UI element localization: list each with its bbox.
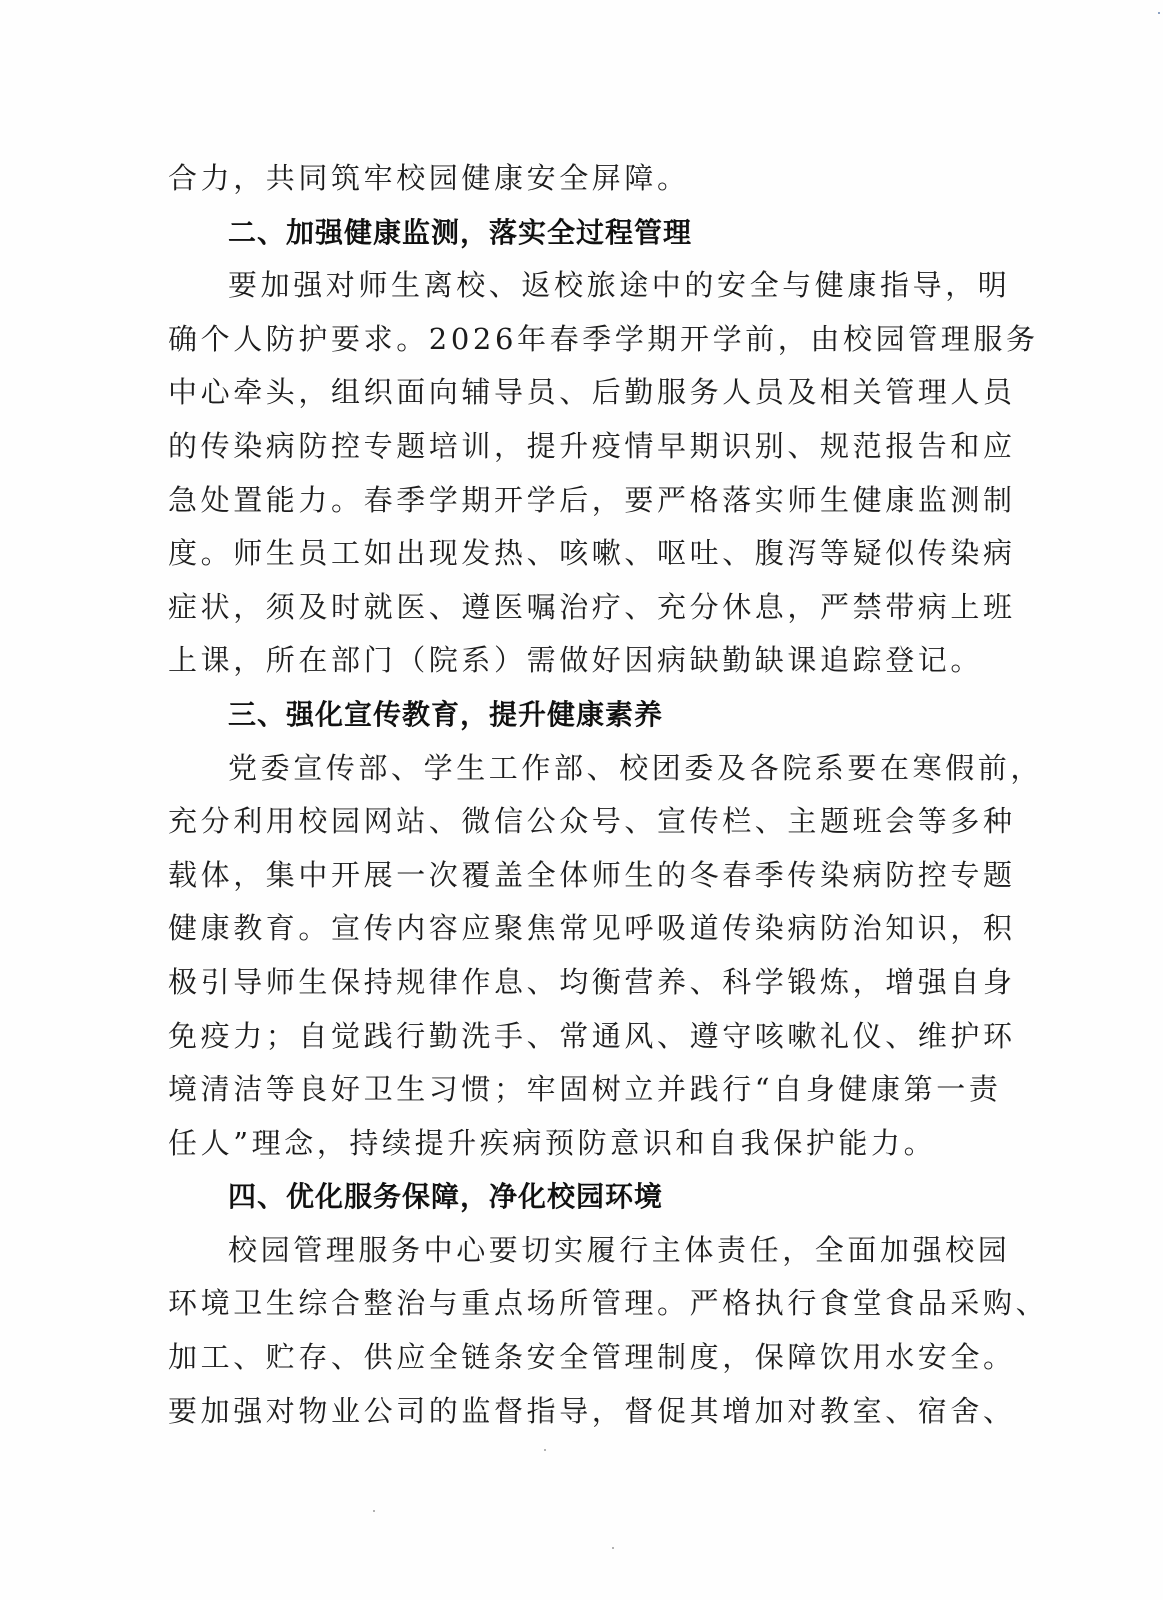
paragraph-line: 要加强对物业公司的监督指导，督促其增加对教室、宿舍、 xyxy=(168,1385,948,1439)
paragraph-health-monitoring: 要加强对师生离校、返校旅途中的安全与健康指导，明 确个人防护要求。2026年春季… xyxy=(168,259,948,688)
paragraph-line: 上课，所在部门（院系）需做好因病缺勤缺课追踪登记。 xyxy=(168,634,948,688)
paragraph-line: 要加强对师生离校、返校旅途中的安全与健康指导，明 xyxy=(168,259,948,313)
paragraph-line: 度。师生员工如出现发热、咳嗽、呕吐、腹泻等疑似传染病 xyxy=(168,527,948,581)
paragraph-line: 免疫力；自觉践行勤洗手、常通风、遵守咳嗽礼仪、维护环 xyxy=(168,1010,948,1064)
document-page: 合力，共同筑牢校园健康安全屏障。 二、加强健康监测，落实全过程管理 要加强对师生… xyxy=(0,0,1163,1600)
scan-speckle xyxy=(1158,12,1160,14)
paragraph-line: 确个人防护要求。2026年春季学期开学前，由校园管理服务 xyxy=(168,313,948,367)
section-heading-3: 三、强化宣传教育，提升健康素养 xyxy=(168,688,948,742)
paragraph-line: 环境卫生综合整治与重点场所管理。严格执行食堂食品采购、 xyxy=(168,1277,948,1331)
paragraph-line: 境清洁等良好卫生习惯；牢固树立并践行“自身健康第一责 xyxy=(168,1063,948,1117)
paragraph-line: 急处置能力。春季学期开学后，要严格落实师生健康监测制 xyxy=(168,474,948,528)
continuation-line: 合力，共同筑牢校园健康安全屏障。 xyxy=(168,152,948,206)
paragraph-line: 极引导师生保持规律作息、均衡营养、科学锻炼，增强自身 xyxy=(168,956,948,1010)
scan-speckle xyxy=(544,1449,546,1451)
scan-speckle xyxy=(612,1547,614,1549)
document-body: 合力，共同筑牢校园健康安全屏障。 二、加强健康监测，落实全过程管理 要加强对师生… xyxy=(168,152,948,1438)
paragraph-line: 中心牵头，组织面向辅导员、后勤服务人员及相关管理人员 xyxy=(168,366,948,420)
scan-speckle xyxy=(373,1510,375,1512)
paragraph-line: 的传染病防控专题培训，提升疫情早期识别、规范报告和应 xyxy=(168,420,948,474)
paragraph-campus-environment: 校园管理服务中心要切实履行主体责任，全面加强校园 环境卫生综合整治与重点场所管理… xyxy=(168,1224,948,1438)
paragraph-line: 加工、贮存、供应全链条安全管理制度，保障饮用水安全。 xyxy=(168,1331,948,1385)
paragraph-line: 党委宣传部、学生工作部、校团委及各院系要在寒假前， xyxy=(168,742,948,796)
paragraph-line: 症状，须及时就医、遵医嘱治疗、充分休息，严禁带病上班 xyxy=(168,581,948,635)
paragraph-line: 任人”理念，持续提升疾病预防意识和自我保护能力。 xyxy=(168,1117,948,1171)
paragraph-line: 校园管理服务中心要切实履行主体责任，全面加强校园 xyxy=(168,1224,948,1278)
paragraph-health-education: 党委宣传部、学生工作部、校团委及各院系要在寒假前， 充分利用校园网站、微信公众号… xyxy=(168,742,948,1171)
section-heading-2: 二、加强健康监测，落实全过程管理 xyxy=(168,206,948,260)
paragraph-line: 充分利用校园网站、微信公众号、宣传栏、主题班会等多种 xyxy=(168,795,948,849)
section-heading-4: 四、优化服务保障，净化校园环境 xyxy=(168,1170,948,1224)
paragraph-line: 载体，集中开展一次覆盖全体师生的冬春季传染病防控专题 xyxy=(168,849,948,903)
paragraph-line: 健康教育。宣传内容应聚焦常见呼吸道传染病防治知识，积 xyxy=(168,902,948,956)
